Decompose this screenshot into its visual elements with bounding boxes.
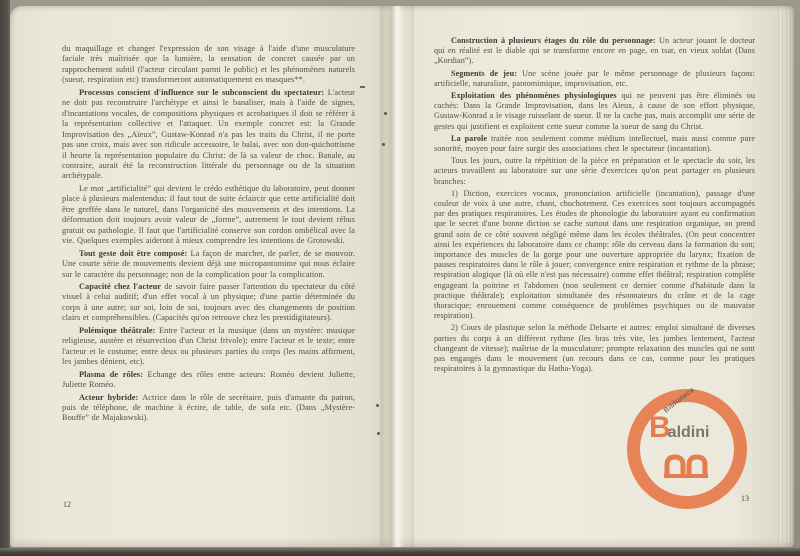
paragraph: Tous les jours, outre la répétition de l…	[434, 156, 755, 187]
page-number: 13	[741, 494, 749, 503]
paragraph-text: 2) Cours de plastique selon la méthode D…	[434, 323, 755, 373]
ink-speck	[360, 86, 365, 88]
page-stack-edge	[778, 10, 792, 543]
scanned-book-spread: du maquillage et changer l'expression de…	[0, 0, 800, 556]
scan-bottom-edge	[0, 548, 800, 556]
paragraph-lead: Plasma de rôles:	[79, 370, 148, 379]
paragraph-lead: Construction à plusieurs étages du rôle …	[451, 36, 659, 45]
stitch-mark	[384, 112, 387, 115]
paragraph-text: 1) Diction, exercices vocaux, prononciat…	[434, 189, 755, 320]
paragraph-text: du maquillage et changer l'expression de…	[62, 44, 355, 84]
paragraph: du maquillage et changer l'expression de…	[62, 44, 355, 86]
paragraph-lead: Exploitation des phénomènes physiologiqu…	[451, 91, 621, 100]
paragraph: Exploitation des phénomènes physiologiqu…	[434, 91, 755, 132]
paragraph: Acteur hybride: Actrice dans le rôle de …	[62, 393, 355, 424]
paragraph-lead: La parole	[451, 134, 491, 143]
page-number: 12	[63, 500, 71, 509]
paragraph-lead: Processus conscient d'influence sur le s…	[79, 88, 328, 97]
paragraph: Construction à plusieurs étages du rôle …	[434, 36, 755, 67]
left-page-text: du maquillage et changer l'expression de…	[62, 44, 355, 426]
paragraph-lead: Acteur hybride:	[79, 393, 142, 402]
paragraph: Segments de jeu: Une scène jouée par le …	[434, 69, 755, 89]
scan-left-edge	[0, 0, 10, 556]
paragraph: Capacité chez l'acteur de savoir faire p…	[62, 282, 355, 324]
paragraph: Tout geste doit être composé: La façon d…	[62, 249, 355, 280]
paragraph: Processus conscient d'influence sur le s…	[62, 88, 355, 182]
right-page-text: Construction à plusieurs étages du rôle …	[434, 36, 755, 377]
paragraph: La parole traitée non seulement comme mé…	[434, 134, 755, 154]
paragraph: Plasma de rôles: Echange des rôles entre…	[62, 370, 355, 391]
paragraph: Polémique théâtrale: Entre l'acteur et l…	[62, 326, 355, 368]
paragraph-text: Le mot „artificialité” qui devient le cr…	[62, 184, 355, 245]
stitch-mark	[377, 432, 380, 435]
stitch-mark	[376, 404, 379, 407]
paragraph-lead: Tout geste doit être composé:	[79, 249, 191, 258]
paragraph-lead: Segments de jeu:	[451, 69, 522, 78]
paragraph: 1) Diction, exercices vocaux, prononciat…	[434, 189, 755, 322]
stitch-mark	[382, 143, 385, 146]
book-gutter-fold	[380, 6, 414, 547]
paragraph: Le mot „artificialité” qui devient le cr…	[62, 184, 355, 247]
paragraph: 2) Cours de plastique selon la méthode D…	[434, 323, 755, 374]
paragraph-lead: Polémique théâtrale:	[79, 326, 159, 335]
paragraph-text: L'acteur ne doit pas reconstruire l'arch…	[62, 88, 355, 181]
paragraph-lead: Capacité chez l'acteur	[79, 282, 164, 291]
paragraph-text: Tous les jours, outre la répétition de l…	[434, 156, 755, 185]
